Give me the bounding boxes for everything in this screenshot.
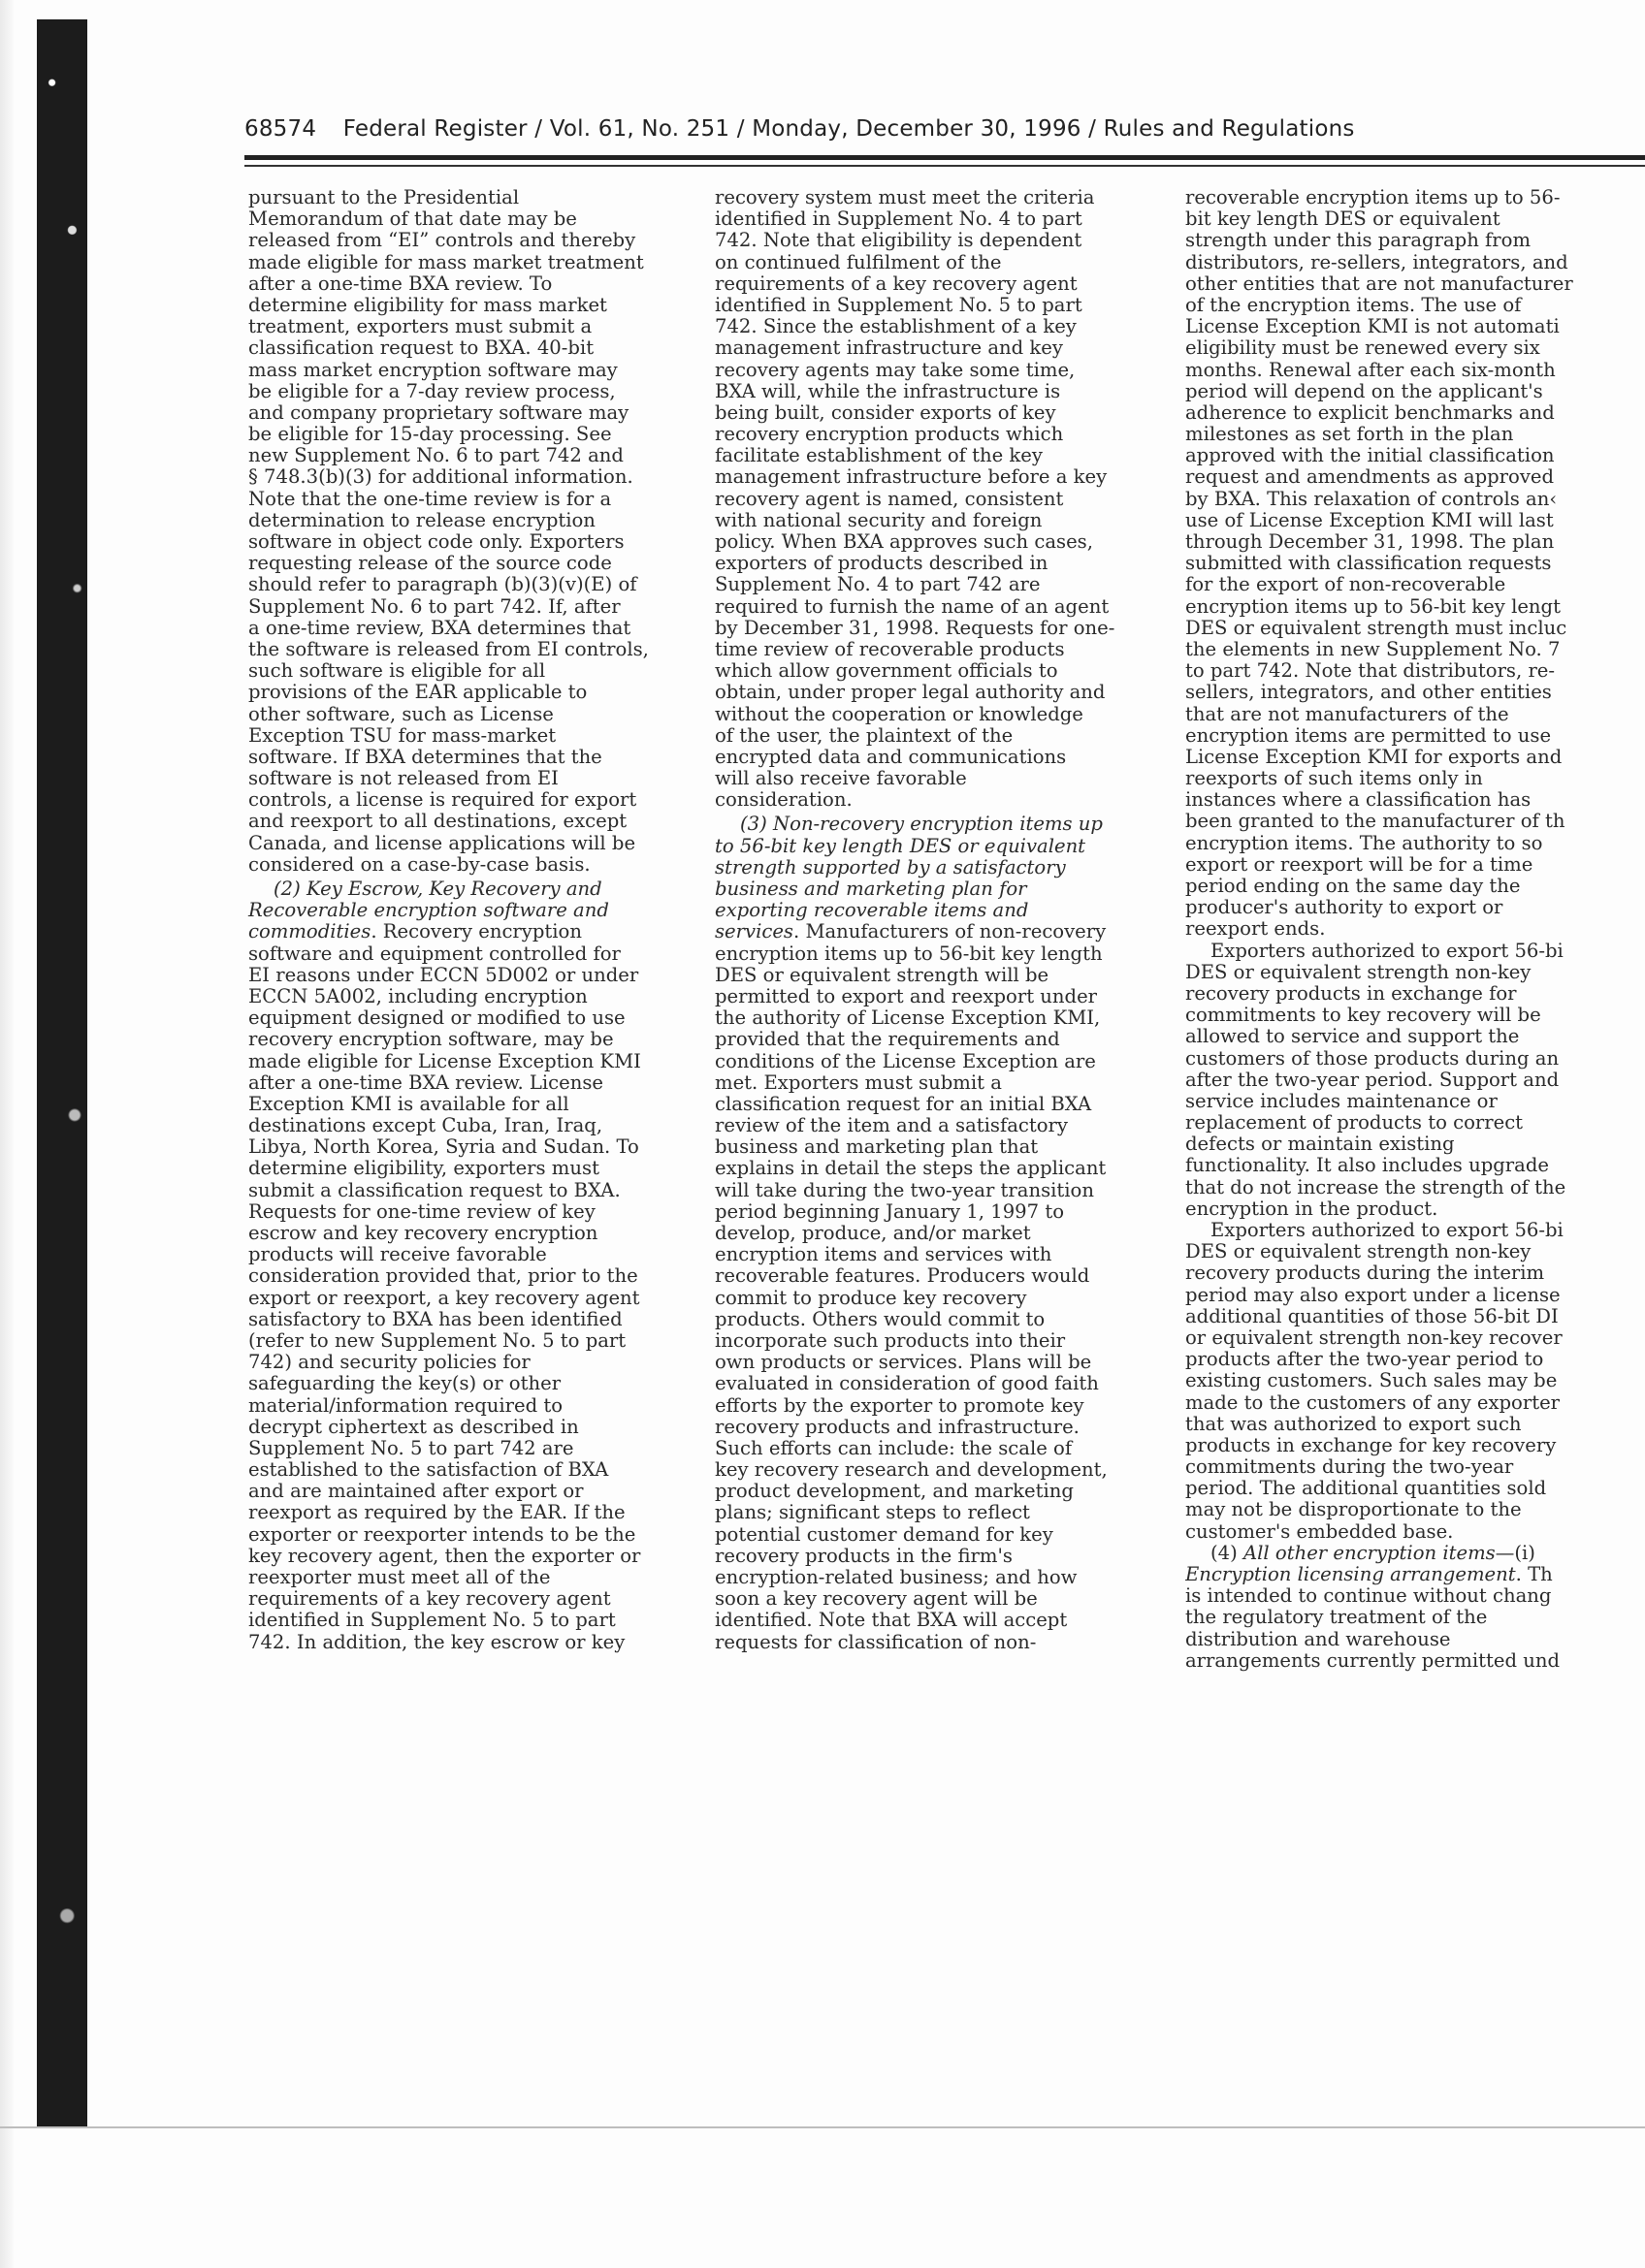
text-line: software and equipment controlled for: [248, 943, 694, 965]
column-1: pursuant to the PresidentialMemorandum o…: [248, 187, 694, 1653]
text-line: and are maintained after export or: [248, 1481, 694, 1502]
text-line: established to the satisfaction of BXA: [248, 1459, 694, 1481]
text-line: EI reasons under ECCN 5D002 or under: [248, 965, 694, 986]
text-line: Such efforts can include: the scale of: [715, 1438, 1161, 1459]
text-line: classification request for an initial BX…: [715, 1094, 1161, 1115]
text-line: a one-time review, BXA determines that: [248, 618, 694, 639]
text-line: mass market encryption software may: [248, 360, 694, 381]
text-line: be eligible for 15-day processing. See: [248, 424, 694, 445]
text-line: Encryption licensing arrangement. Th: [1185, 1564, 1641, 1585]
text-line: on continued fulfilment of the: [715, 252, 1161, 273]
column-3: recoverable encryption items up to 56-bi…: [1185, 187, 1641, 1672]
section-name: Rules and Regulations: [1104, 116, 1355, 142]
text-line: Supplement No. 4 to part 742 are: [715, 574, 1161, 595]
text-line: encryption items and services with: [715, 1244, 1161, 1265]
text-line: will take during the two-year transition: [715, 1180, 1161, 1201]
text-line: review of the item and a satisfactory: [715, 1115, 1161, 1136]
text-line: by December 31, 1998. Requests for one-: [715, 618, 1161, 639]
text-line: BXA will, while the infrastructure is: [715, 381, 1161, 402]
heading-text: All other encryption items: [1243, 1542, 1496, 1564]
text-line: Memorandum of that date may be: [248, 208, 694, 230]
text-line: distributors, re-sellers, integrators, a…: [1185, 252, 1641, 273]
text-line: submit a classification request to BXA.: [248, 1180, 694, 1201]
body-text: . Th: [1516, 1563, 1553, 1585]
text-line: period may also export under a license: [1185, 1285, 1641, 1306]
text-line: decrypt ciphertext as described in: [248, 1417, 694, 1438]
text-line: should refer to paragraph (b)(3)(v)(E) o…: [248, 574, 694, 595]
text-line: reexport ends.: [1185, 918, 1641, 940]
text-line: after a one-time BXA review. To: [248, 273, 694, 295]
text-line: identified in Supplement No. 4 to part: [715, 208, 1161, 230]
text-line: recoverable features. Producers would: [715, 1265, 1161, 1287]
paragraph-heading: (4) All other encryption items—(i): [1185, 1543, 1641, 1564]
text-line: develop, produce, and/or market: [715, 1223, 1161, 1244]
paragraph: recoverable encryption items up to 56-bi…: [1185, 187, 1641, 941]
text-line: management infrastructure before a key: [715, 466, 1161, 488]
column-2: recovery system must meet the criteriaid…: [715, 187, 1161, 1653]
paragraph-heading: (3) Non-recovery encryption items up: [715, 814, 1161, 835]
text-line: strength under this paragraph from: [1185, 230, 1641, 251]
text-line: instances where a classification has: [1185, 789, 1641, 811]
paragraph-number: (4): [1210, 1542, 1238, 1564]
text-line: determination to release encryption: [248, 510, 694, 531]
heading-text: Non-recovery encryption items up: [773, 813, 1103, 835]
text-line: 742) and security policies for: [248, 1352, 694, 1373]
text-line: products. Others would commit to: [715, 1309, 1161, 1330]
text-line: satisfactory to BXA has been identified: [248, 1309, 694, 1330]
text-line: destinations except Cuba, Iran, Iraq,: [248, 1115, 694, 1136]
heading-text: commodities: [248, 920, 371, 942]
text-line: milestones as set forth in the plan: [1185, 424, 1641, 445]
text-line: which allow government officials to: [715, 660, 1161, 682]
body-text: . Manufacturers of non-recovery: [793, 920, 1106, 942]
text-line: License Exception KMI for exports and: [1185, 747, 1641, 768]
page-header: 68574 Federal Register / Vol. 61, No. 25…: [244, 116, 1602, 142]
text-line: License Exception KMI is not automati: [1185, 316, 1641, 337]
text-line: key recovery agent, then the exporter or: [248, 1546, 694, 1567]
text-line: customers of those products during an: [1185, 1048, 1641, 1070]
text-line: through December 31, 1998. The plan: [1185, 531, 1641, 553]
paragraph-heading: (2) Key Escrow, Key Recovery and: [248, 878, 694, 900]
text-line: requirements of a key recovery agent: [715, 273, 1161, 295]
text-line: recovery encryption products which: [715, 424, 1161, 445]
text-line: by BXA. This relaxation of controls an‹: [1185, 489, 1641, 510]
text-line: made eligible for License Exception KMI: [248, 1051, 694, 1072]
text-line: being built, consider exports of key: [715, 402, 1161, 424]
text-line: is intended to continue without chang: [1185, 1585, 1641, 1607]
text-line: Libya, North Korea, Syria and Sudan. To: [248, 1136, 694, 1158]
text-line: commit to produce key recovery: [715, 1288, 1161, 1309]
text-line: (refer to new Supplement No. 5 to part: [248, 1330, 694, 1352]
text-line: business and marketing plan that: [715, 1136, 1161, 1158]
text-line: controls, a license is required for expo…: [248, 789, 694, 811]
text-line: consideration provided that, prior to th…: [248, 1265, 694, 1287]
text-line: adherence to explicit benchmarks and: [1185, 402, 1641, 424]
page-number: 68574: [244, 116, 316, 142]
paragraph-3-non-recovery: (3) Non-recovery encryption items up to …: [715, 814, 1161, 1652]
text-line: after a one-time BXA review. License: [248, 1072, 694, 1094]
paragraph-number: (3): [740, 813, 767, 835]
text-line: recoverable encryption items up to 56-: [1185, 187, 1641, 208]
text-line: policy. When BXA approves such cases,: [715, 531, 1161, 553]
text-line: export or reexport will be for a time: [1185, 854, 1641, 876]
text-line: service includes maintenance or: [1185, 1091, 1641, 1112]
text-line: recovery system must meet the criteria: [715, 187, 1161, 208]
text-line: other entities that are not manufacturer: [1185, 273, 1641, 295]
text-line: determine eligibility, exporters must: [248, 1158, 694, 1179]
text-line: plans; significant steps to reflect: [715, 1502, 1161, 1523]
text-line: approved with the initial classification: [1185, 445, 1641, 466]
paragraph: recovery system must meet the criteriaid…: [715, 187, 1161, 811]
text-line: Exception KMI is available for all: [248, 1094, 694, 1115]
text-line: requesting release of the source code: [248, 553, 694, 574]
text-line: § 748.3(b)(3) for additional information…: [248, 466, 694, 488]
body-text: . Recovery encryption: [371, 920, 582, 942]
text-line: export or reexport, a key recovery agent: [248, 1288, 694, 1309]
text-line: Canada, and license applications will be: [248, 833, 694, 854]
text-line: released from “EI” controls and thereby: [248, 230, 694, 251]
text-line: may not be disproportionate to the: [1185, 1499, 1641, 1520]
text-line: such software is eligible for all: [248, 660, 694, 682]
text-line: after the two-year period. Support and: [1185, 1070, 1641, 1091]
text-line: the regulatory treatment of the: [1185, 1607, 1641, 1628]
text-line: recovery products and infrastructure.: [715, 1417, 1161, 1438]
text-line: additional quantities of those 56-bit DI: [1185, 1306, 1641, 1327]
heading-text: Key Escrow, Key Recovery and: [306, 878, 602, 900]
text-line: key recovery research and development,: [715, 1459, 1161, 1481]
text-line: exporters of products described in: [715, 553, 1161, 574]
volume-issue: Vol. 61, No. 251: [550, 116, 730, 142]
text-line: material/information required to: [248, 1395, 694, 1417]
text-line: the software is released from EI control…: [248, 639, 694, 660]
text-line: without the cooperation or knowledge: [715, 704, 1161, 725]
text-line: requests for classification of non-: [715, 1632, 1161, 1653]
text-line: for the export of non-recoverable: [1185, 574, 1641, 595]
text-line: determine eligibility for mass market: [248, 295, 694, 316]
text-line: time review of recoverable products: [715, 639, 1161, 660]
text-line: producer's authority to export or: [1185, 897, 1641, 918]
text-line: Requests for one-time review of key: [248, 1201, 694, 1223]
text-line: the authority of License Exception KMI,: [715, 1007, 1161, 1029]
text-line: encryption items up to 56-bit key lengt: [1185, 596, 1641, 618]
text-line: Supplement No. 6 to part 742. If, after: [248, 596, 694, 618]
text-line: conditions of the License Exception are: [715, 1051, 1161, 1072]
text-line: products will receive favorable: [248, 1244, 694, 1265]
text-line: required to furnish the name of an agent: [715, 596, 1161, 618]
text-line: products after the two-year period to: [1185, 1349, 1641, 1370]
scan-artifact-bar: [37, 19, 87, 2126]
text-line: period ending on the same day the: [1185, 876, 1641, 897]
text-line: treatment, exporters must submit a: [248, 316, 694, 337]
text-line: encrypted data and communications: [715, 747, 1161, 768]
text-line: made eligible for mass market treatment: [248, 252, 694, 273]
text-line: evaluated in consideration of good faith: [715, 1373, 1161, 1394]
text-line: services. Manufacturers of non-recovery: [715, 921, 1161, 942]
text-line: months. Renewal after each six-month: [1185, 360, 1641, 381]
subparagraph-marker: —(i): [1496, 1542, 1535, 1564]
text-line: and company proprietary software may: [248, 402, 694, 424]
text-line: Exporters authorized to export 56-bi: [1185, 941, 1641, 962]
text-line: met. Exporters must submit a: [715, 1072, 1161, 1094]
text-line: use of License Exception KMI will last: [1185, 510, 1641, 531]
text-line: and reexport to all destinations, except: [248, 811, 694, 832]
text-line: escrow and key recovery encryption: [248, 1223, 694, 1244]
text-line: bit key length DES or equivalent: [1185, 208, 1641, 230]
text-line: pursuant to the Presidential: [248, 187, 694, 208]
text-line: equipment designed or modified to use: [248, 1007, 694, 1029]
text-line: defects or maintain existing: [1185, 1134, 1641, 1155]
heading-text: Encryption licensing arrangement: [1185, 1563, 1516, 1585]
heading-text: Recoverable encryption software and: [248, 899, 609, 921]
text-line: reexport as required by the EAR. If the: [248, 1502, 694, 1523]
text-line: recovery agents may take some time,: [715, 360, 1161, 381]
text-line: considered on a case-by-case basis.: [248, 854, 694, 876]
text-line: been granted to the manufacturer of th: [1185, 811, 1641, 832]
text-line: with national security and foreign: [715, 510, 1161, 531]
text-line: explains in detail the steps the applica…: [715, 1158, 1161, 1179]
text-line: that are not manufacturers of the: [1185, 704, 1641, 725]
text-line: distribution and warehouse: [1185, 1629, 1641, 1650]
paragraph-heading: to 56-bit key length DES or equivalent: [715, 836, 1161, 857]
text-line: provided that the requirements and: [715, 1029, 1161, 1050]
text-line: the elements in new Supplement No. 7: [1185, 639, 1641, 660]
text-line: software is not released from EI: [248, 768, 694, 789]
header-separator: /: [737, 116, 745, 142]
text-line: submitted with classification requests: [1185, 553, 1641, 574]
text-line: obtain, under proper legal authority and: [715, 682, 1161, 703]
text-line: ECCN 5A002, including encryption: [248, 986, 694, 1007]
publication-date: Monday, December 30, 1996: [752, 116, 1081, 142]
text-line: potential customer demand for key: [715, 1524, 1161, 1546]
paragraph-heading: business and marketing plan for: [715, 878, 1161, 900]
text-line: encryption items. The authority to so: [1185, 833, 1641, 854]
text-line: requirements of a key recovery agent: [248, 1588, 694, 1610]
text-line: products in exchange for key recovery: [1185, 1435, 1641, 1456]
paragraph-number: (2): [274, 878, 301, 900]
text-line: recovery products in the firm's: [715, 1546, 1161, 1567]
scan-bottom-edge: [0, 2126, 1645, 2128]
text-line: DES or equivalent strength non-key: [1185, 962, 1641, 983]
text-line: of the user, the plaintext of the: [715, 725, 1161, 747]
text-line: existing customers. Such sales may be: [1185, 1370, 1641, 1391]
text-line: arrangements currently permitted und: [1185, 1650, 1641, 1672]
text-line: or equivalent strength non-key recover: [1185, 1327, 1641, 1349]
text-line: recovery products during the interim: [1185, 1262, 1641, 1284]
header-separator: /: [1088, 116, 1096, 142]
text-line: replacement of products to correct: [1185, 1112, 1641, 1134]
text-line: identified. Note that BXA will accept: [715, 1610, 1161, 1631]
text-line: commodities. Recovery encryption: [248, 921, 694, 942]
text-line: identified in Supplement No. 5 to part: [248, 1610, 694, 1631]
text-line: Supplement No. 5 to part 742 are: [248, 1438, 694, 1459]
text-line: other software, such as License: [248, 704, 694, 725]
text-line: facilitate establishment of the key: [715, 445, 1161, 466]
text-line: classification request to BXA. 40-bit: [248, 337, 694, 359]
text-line: permitted to export and reexport under: [715, 986, 1161, 1007]
text-line: software. If BXA determines that the: [248, 747, 694, 768]
text-line: commitments to key recovery will be: [1185, 1005, 1641, 1026]
text-line: 742. In addition, the key escrow or key: [248, 1632, 694, 1653]
paragraph-4-all-other: (4) All other encryption items—(i) Encry…: [1185, 1543, 1641, 1672]
text-line: product development, and marketing: [715, 1481, 1161, 1502]
text-line: that was authorized to export such: [1185, 1414, 1641, 1435]
text-line: be eligible for a 7-day review process,: [248, 381, 694, 402]
text-line: commitments during the two-year: [1185, 1456, 1641, 1478]
text-line: incorporate such products into their: [715, 1330, 1161, 1352]
paragraph-heading: Recoverable encryption software and: [248, 900, 694, 921]
text-line: software in object code only. Exporters: [248, 531, 694, 553]
text-line: made to the customers of any exporter: [1185, 1392, 1641, 1414]
heading-text: strength supported by a satisfactory: [715, 856, 1066, 878]
text-line: encryption items up to 56-bit key length: [715, 943, 1161, 965]
text-line: sellers, integrators, and other entities: [1185, 682, 1641, 703]
text-line: DES or equivalent strength will be: [715, 965, 1161, 986]
text-line: eligibility must be renewed every six: [1185, 337, 1641, 359]
header-separator: /: [534, 116, 542, 142]
text-line: Exporters authorized to export 56-bi: [1185, 1220, 1641, 1241]
heading-text: to 56-bit key length DES or equivalent: [715, 835, 1085, 857]
text-line: 742. Note that eligibility is dependent: [715, 230, 1161, 251]
text-line: encryption-related business; and how: [715, 1567, 1161, 1588]
text-line: new Supplement No. 6 to part 742 and: [248, 445, 694, 466]
text-line: Note that the one-time review is for a: [248, 489, 694, 510]
heading-text: exporting recoverable items and: [715, 899, 1028, 921]
paragraph-2-key-escrow: (2) Key Escrow, Key Recovery and Recover…: [248, 878, 694, 1653]
text-line: DES or equivalent strength non-key: [1185, 1241, 1641, 1262]
header-rule-thick: [244, 155, 1645, 160]
text-line: period. The additional quantities sold: [1185, 1478, 1641, 1499]
text-line: customer's embedded base.: [1185, 1521, 1641, 1543]
text-line: encryption items are permitted to use: [1185, 725, 1641, 747]
paragraph-heading: exporting recoverable items and: [715, 900, 1161, 921]
heading-text: services: [715, 920, 793, 942]
text-line: consideration.: [715, 789, 1161, 811]
text-line: of the encryption items. The use of: [1185, 295, 1641, 316]
text-line: DES or equivalent strength must incluc: [1185, 618, 1641, 639]
text-line: will also receive favorable: [715, 768, 1161, 789]
paragraph-heading: strength supported by a satisfactory: [715, 857, 1161, 878]
text-line: 742. Since the establishment of a key: [715, 316, 1161, 337]
text-line: reexports of such items only in: [1185, 768, 1641, 789]
paragraph-interim-period: Exporters authorized to export 56-biDES …: [1185, 1220, 1641, 1543]
text-line: soon a key recovery agent will be: [715, 1588, 1161, 1610]
text-line: provisions of the EAR applicable to: [248, 682, 694, 703]
text-line: safeguarding the key(s) or other: [248, 1373, 694, 1394]
text-line: exporter or reexporter intends to be the: [248, 1524, 694, 1546]
text-line: Exception TSU for mass-market: [248, 725, 694, 747]
paragraph: pursuant to the PresidentialMemorandum o…: [248, 187, 694, 876]
publication-title: Federal Register: [343, 116, 528, 142]
text-line: own products or services. Plans will be: [715, 1352, 1161, 1373]
text-line: management infrastructure and key: [715, 337, 1161, 359]
text-line: functionality. It also includes upgrade: [1185, 1155, 1641, 1176]
text-line: to part 742. Note that distributors, re-: [1185, 660, 1641, 682]
text-line: request and amendments as approved: [1185, 466, 1641, 488]
paragraph-service-support: Exporters authorized to export 56-biDES …: [1185, 941, 1641, 1220]
text-line: allowed to service and support the: [1185, 1026, 1641, 1047]
text-line: identified in Supplement No. 5 to part: [715, 295, 1161, 316]
text-line: recovery products in exchange for: [1185, 983, 1641, 1005]
text-line: encryption in the product.: [1185, 1198, 1641, 1220]
text-line: period beginning January 1, 1997 to: [715, 1201, 1161, 1223]
text-line: efforts by the exporter to promote key: [715, 1395, 1161, 1417]
heading-text: business and marketing plan for: [715, 878, 1027, 900]
text-line: reexporter must meet all of the: [248, 1567, 694, 1588]
text-line: period will depend on the applicant's: [1185, 381, 1641, 402]
header-rule-thin: [244, 165, 1645, 167]
text-line: recovery encryption software, may be: [248, 1029, 694, 1050]
text-line: recovery agent is named, consistent: [715, 489, 1161, 510]
text-line: that do not increase the strength of the: [1185, 1177, 1641, 1198]
scan-edge: [0, 0, 14, 2268]
